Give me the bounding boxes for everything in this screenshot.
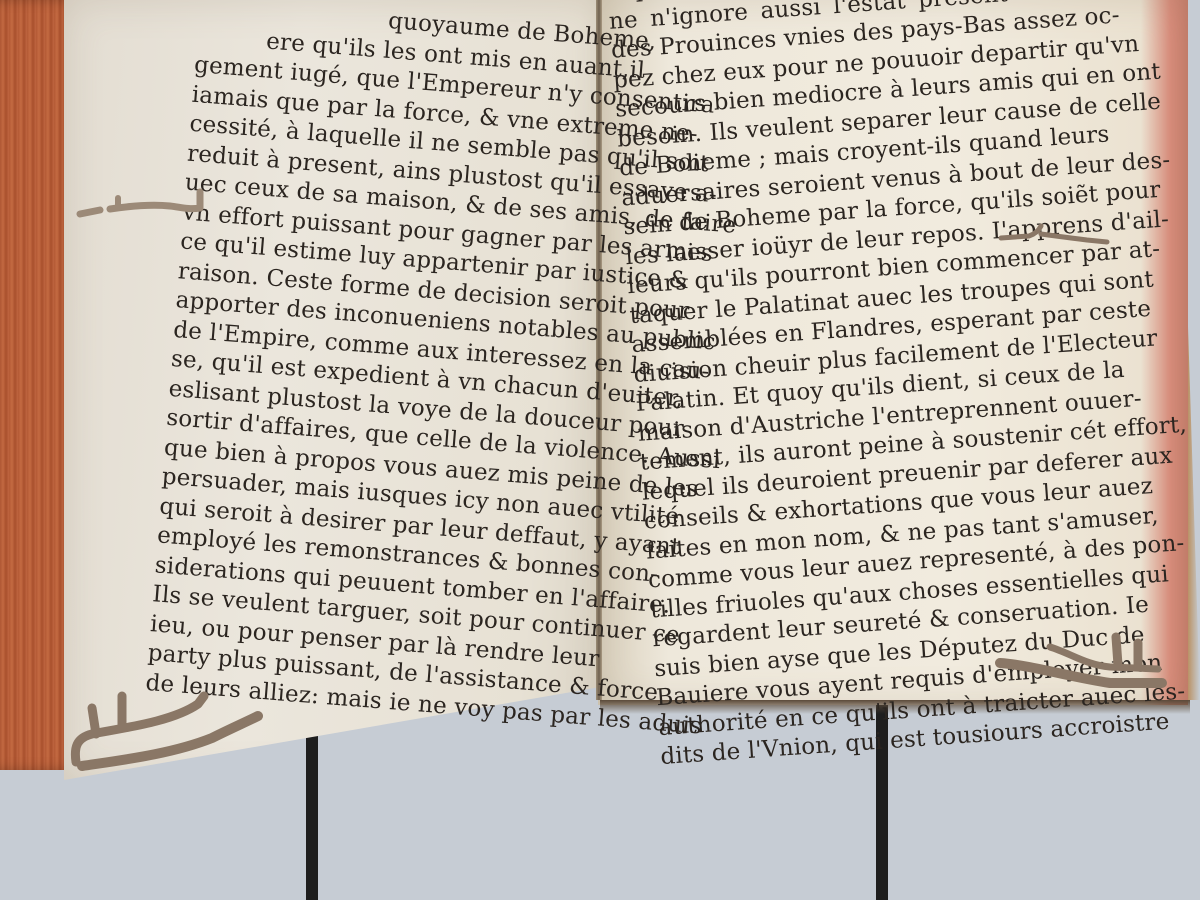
- left-page-text: quoyaume de Boheme, ere qu'ils les ont m…: [144, 0, 568, 727]
- worm-track-bottom-right: [990, 625, 1175, 700]
- worm-track-left-margin: [70, 180, 220, 230]
- worm-track-right-margin: [995, 220, 1110, 250]
- worm-track-bottom-left: [62, 682, 272, 782]
